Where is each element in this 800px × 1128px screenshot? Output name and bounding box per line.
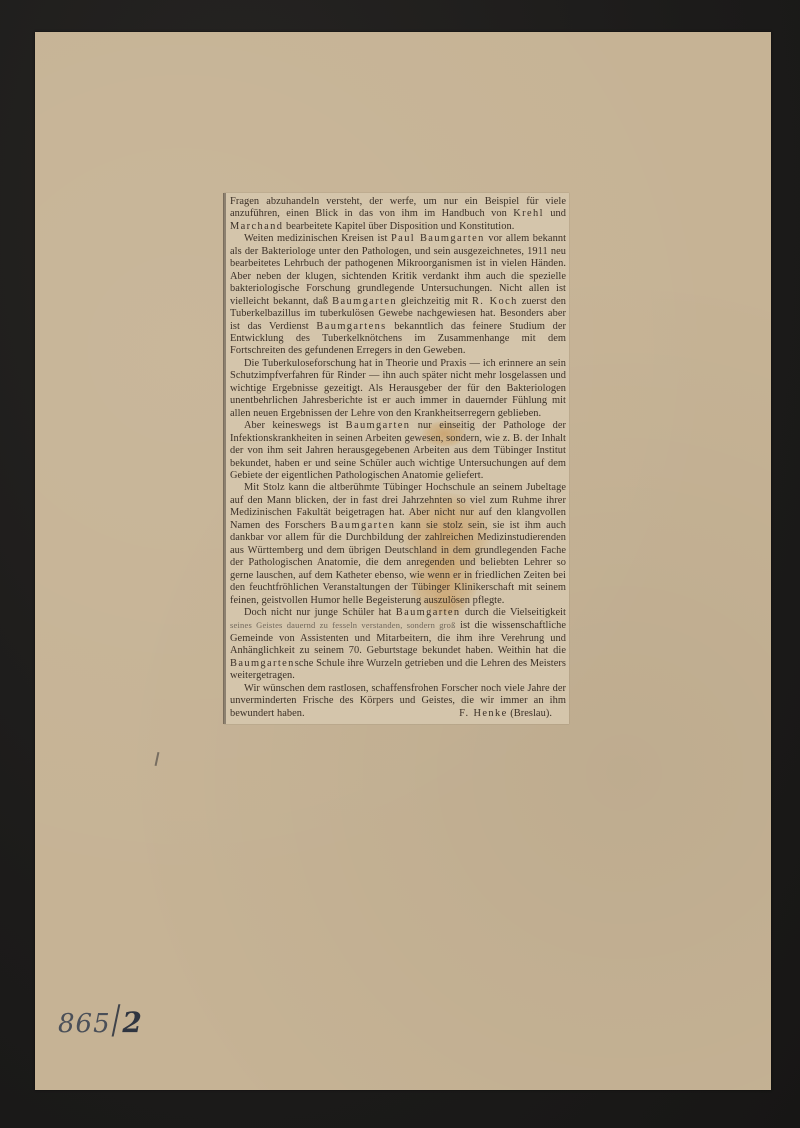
emphasized-name: Krehl: [513, 208, 544, 219]
text-run: Weiten medizinischen Kreisen ist: [244, 233, 391, 244]
emphasized-name: R. Koch: [472, 296, 518, 307]
text-run: bearbeitete Kapitel über Disposition und…: [283, 221, 514, 232]
emphasized-name: Baumgarten: [396, 607, 461, 618]
emphasized-name: Paul Baumgarten: [391, 233, 485, 244]
article-paragraph: Aber keineswegs ist Baumgarten nur einse…: [230, 420, 566, 482]
newspaper-clipping: Fragen abzuhandeln versteht, der werfe, …: [224, 193, 569, 724]
archive-number-main: 865: [58, 1009, 111, 1039]
article-paragraph: Mit Stolz kann die altberühmte Tübinger …: [230, 482, 566, 607]
text-run: Die Tuberkuloseforschung hat in Theorie …: [230, 358, 566, 419]
article-paragraph: Die Tuberkuloseforschung hat in Theorie …: [230, 358, 566, 420]
emphasized-name: Marchand: [230, 221, 283, 232]
emphasized-name: Baumgartens: [316, 321, 386, 332]
handwritten-archive-number: 865/2: [58, 1006, 143, 1039]
archive-number-sub: 2: [122, 1006, 142, 1039]
article-paragraph: Doch nicht nur junge Schüler hat Baumgar…: [230, 607, 566, 683]
text-run: Aber keineswegs ist: [244, 420, 346, 431]
text-run: gleichzeitig mit: [397, 296, 472, 307]
emphasized-name: Baumgarten: [346, 420, 411, 431]
article-paragraph: Fragen abzuhandeln versteht, der werfe, …: [230, 196, 566, 233]
emphasized-name: Baumgarten: [230, 658, 295, 669]
misprinted-text: seines Geistes dauernd zu fesseln versta…: [230, 620, 456, 630]
article-paragraph: Weiten medizinischen Kreisen ist Paul Ba…: [230, 233, 566, 358]
author-name: F. Henke: [459, 708, 507, 719]
emphasized-name: Baumgarten: [331, 520, 396, 531]
author-location: (Breslau).: [508, 708, 552, 719]
text-run: Doch nicht nur junge Schüler hat: [244, 607, 396, 618]
text-run: und: [544, 208, 566, 219]
emphasized-name: Baumgarten: [332, 296, 397, 307]
text-run: durch die Vielseitigkeit: [461, 607, 566, 618]
article-body: Fragen abzuhandeln versteht, der werfe, …: [230, 196, 566, 720]
pencil-mark: [155, 752, 160, 766]
text-run: kann sie stolz sein, sie ist ihm auch da…: [230, 520, 566, 606]
archive-number-slash: /: [112, 999, 122, 1044]
